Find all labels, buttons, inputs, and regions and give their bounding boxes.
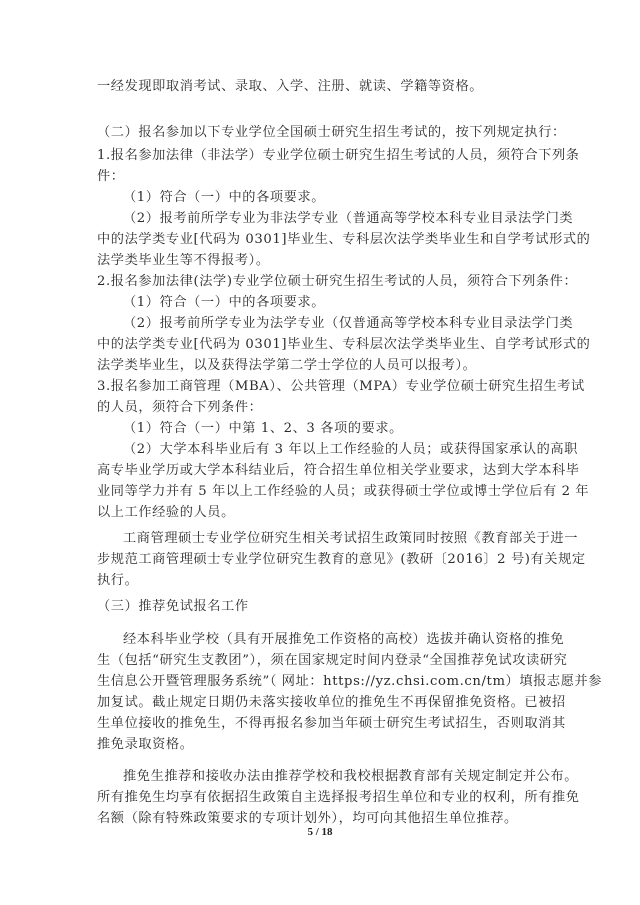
text-line: （2）报考前所学专业为非法学专业（普通高等学校本科专业目录法学门类 xyxy=(123,208,549,229)
text-line: 1.报名参加法律（非法学）专业学位硕士研究生招生考试的人员，须符合下列条 xyxy=(97,145,549,166)
text-line: （三）推荐免试报名工作 xyxy=(97,596,549,617)
text-line: 所有推免生均享有依据招生政策自主选择报考招生单位和专业的权利，所有推免 xyxy=(97,787,549,808)
text-line: 工商管理硕士专业学位研究生相关考试招生政策同时按照《教育部关于进一 xyxy=(123,528,549,549)
text-line: 推免录取资格。 xyxy=(97,734,549,755)
text-line: 2.报名参加法律(法学)专业学位硕士研究生招生考试的人员，须符合下列条件： xyxy=(97,271,549,292)
text-line: 执行。 xyxy=(97,570,549,591)
text-line: 一经发现即取消考试、录取、入学、注册、就读、学籍等资格。 xyxy=(97,76,549,97)
text-line: （1）符合（一）中的各项要求。 xyxy=(123,292,549,313)
text-line: 法学类毕业生等不得报考）。 xyxy=(97,250,549,271)
text-line: 高专毕业学历或大学本科结业后，符合招生单位相关学业要求，达到大学本科毕 xyxy=(97,460,549,481)
text-line: 生（包括“研究生支教团”），须在国家规定时间内登录“全国推荐免试攻读研究 xyxy=(97,650,549,671)
text-line: 业同等学力并有 5 年以上工作经验的人员；或获得硕士学位或博士学位后有 2 年 xyxy=(97,481,549,502)
document-page: 一经发现即取消考试、录取、入学、注册、就读、学籍等资格。（二）报名参加以下专业学… xyxy=(0,0,640,905)
text-line: 以上工作经验的人员。 xyxy=(97,502,549,523)
text-line: 步规范工商管理硕士专业学位研究生教育的意见》(教研〔2016〕2 号)有关规定 xyxy=(97,549,549,570)
text-line: （2）报考前所学专业为法学专业（仅普通高等学校本科专业目录法学门类 xyxy=(123,313,549,334)
text-line: 法学类毕业生，以及获得法学第二学士学位的人员可以报考）。 xyxy=(97,355,549,376)
text-line: 加复试。截止规定日期仍未落实接收单位的推免生不再保留推免资格。已被招 xyxy=(97,692,549,713)
text-line: 的人员，须符合下列条件： xyxy=(97,397,549,418)
text-line: 经本科毕业学校（具有开展推免工作资格的高校）选拔并确认资格的推免 xyxy=(123,629,549,650)
page-number: 5 / 18 xyxy=(0,826,640,838)
text-line: （1）符合（一）中的各项要求。 xyxy=(123,187,549,208)
text-line: 中的法学类专业[代码为 0301]毕业生、专科层次法学类毕业生、自学考试形式的 xyxy=(97,334,549,355)
text-line: （1）符合（一）中第 1、2、3 各项的要求。 xyxy=(123,418,549,439)
text-line: 3.报名参加工商管理（MBA）、公共管理（MPA）专业学位硕士研究生招生考试 xyxy=(97,376,549,397)
text-line: （二）报名参加以下专业学位全国硕士研究生招生考试的，按下列规定执行： xyxy=(97,122,549,143)
text-line: 中的法学类专业[代码为 0301]毕业生、专科层次法学类毕业生和自学考试形式的 xyxy=(97,229,549,250)
text-line: 生单位接收的推免生，不得再报名参加当年硕士研究生考试招生，否则取消其 xyxy=(97,713,549,734)
text-line: （2）大学本科毕业后有 3 年以上工作经验的人员；或获得国家承认的高职 xyxy=(123,439,549,460)
text-line: 生信息公开暨管理服务系统”（ 网址：https://yz.chsi.com.cn… xyxy=(97,671,549,692)
text-line: 件： xyxy=(97,166,549,187)
text-line: 推免生推荐和接收办法由推荐学校和我校根据教育部有关规定制定并公布。 xyxy=(123,766,549,787)
